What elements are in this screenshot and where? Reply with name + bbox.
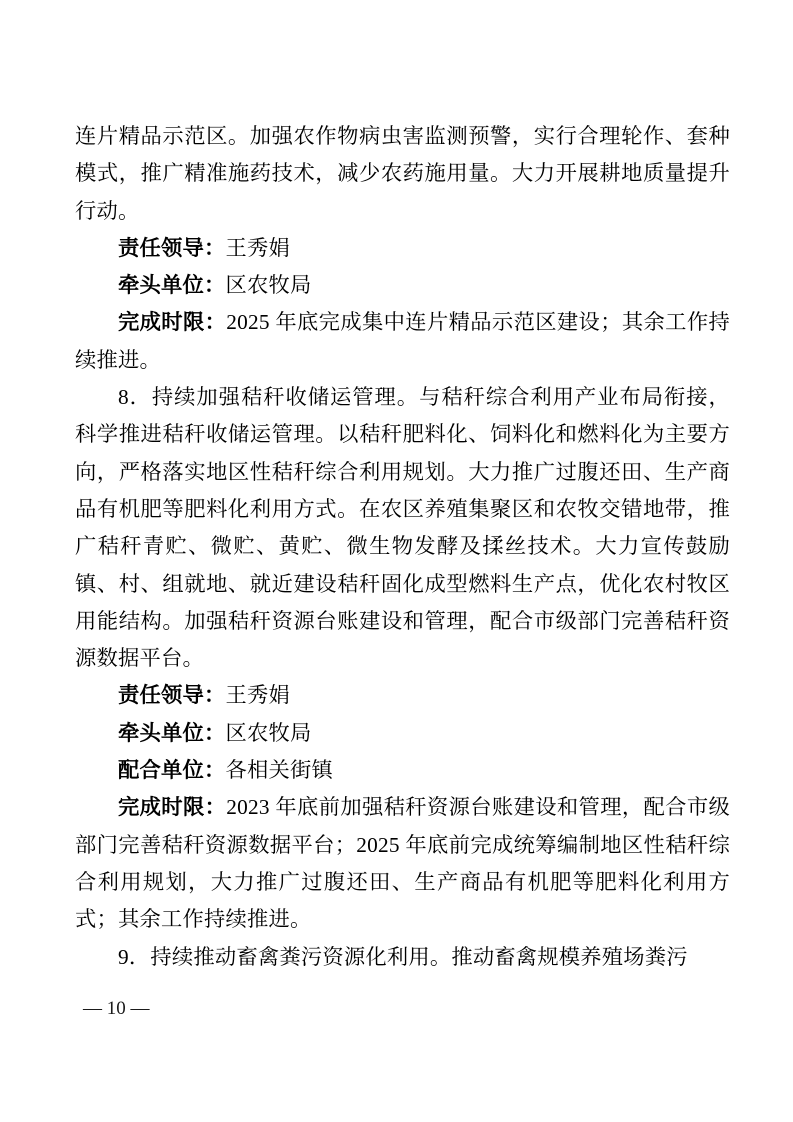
item8-responsible-leader-line: 责任领导：王秀娟: [75, 677, 730, 714]
lead-unit-value: 区农牧局: [226, 721, 312, 745]
responsible-leader-value: 王秀娟: [226, 236, 291, 260]
item8-number: 8．: [118, 385, 152, 409]
item8-deadline-line: 完成时限：2023 年底前加强秸秆资源台账建设和管理，配合市级部门完善秸秆资源数…: [75, 789, 730, 938]
page-number: — 10 —: [83, 997, 150, 1021]
deadline-label: 完成时限：: [118, 795, 226, 819]
paragraph-item7-continuation: 连片精品示范区。加强农作物病虫害监测预警，实行合理轮作、套种模式，推广精准施药技…: [75, 118, 730, 230]
item7-responsible-leader-line: 责任领导：王秀娟: [75, 230, 730, 267]
lead-unit-value: 区农牧局: [226, 273, 312, 297]
paragraph-item9: 9．持续推动畜禽粪污资源化利用。推动畜禽规模养殖场粪污: [75, 939, 730, 976]
item9-text: 持续推动畜禽粪污资源化利用。推动畜禽规模养殖场粪污: [150, 945, 687, 969]
document-body: 连片精品示范区。加强农作物病虫害监测预警，实行合理轮作、套种模式，推广精准施药技…: [75, 118, 730, 976]
item8-cooperating-unit-line: 配合单位：各相关街镇: [75, 752, 730, 789]
item8-text: 持续加强秸秆收储运管理。与秸秆综合利用产业布局衔接，科学推进秸秆收储运管理。以秸…: [75, 385, 730, 670]
deadline-label: 完成时限：: [118, 310, 226, 334]
item7-deadline-line: 完成时限：2025 年底完成集中连片精品示范区建设；其余工作持续推进。: [75, 304, 730, 379]
item7-lead-unit-line: 牵头单位：区农牧局: [75, 267, 730, 304]
lead-unit-label: 牵头单位：: [118, 721, 226, 745]
responsible-leader-label: 责任领导：: [118, 683, 226, 707]
cooperating-unit-label: 配合单位：: [118, 758, 226, 782]
paragraph-item8: 8．持续加强秸秆收储运管理。与秸秆综合利用产业布局衔接，科学推进秸秆收储运管理。…: [75, 379, 730, 677]
document-page: 连片精品示范区。加强农作物病虫害监测预警，实行合理轮作、套种模式，推广精准施药技…: [0, 0, 793, 1122]
item8-lead-unit-line: 牵头单位：区农牧局: [75, 715, 730, 752]
lead-unit-label: 牵头单位：: [118, 273, 226, 297]
cooperating-unit-value: 各相关街镇: [226, 758, 334, 782]
responsible-leader-label: 责任领导：: [118, 236, 226, 260]
responsible-leader-value: 王秀娟: [226, 683, 291, 707]
item9-number: 9．: [118, 945, 150, 969]
item7-tail-text: 连片精品示范区。加强农作物病虫害监测预警，实行合理轮作、套种模式，推广精准施药技…: [75, 124, 730, 223]
